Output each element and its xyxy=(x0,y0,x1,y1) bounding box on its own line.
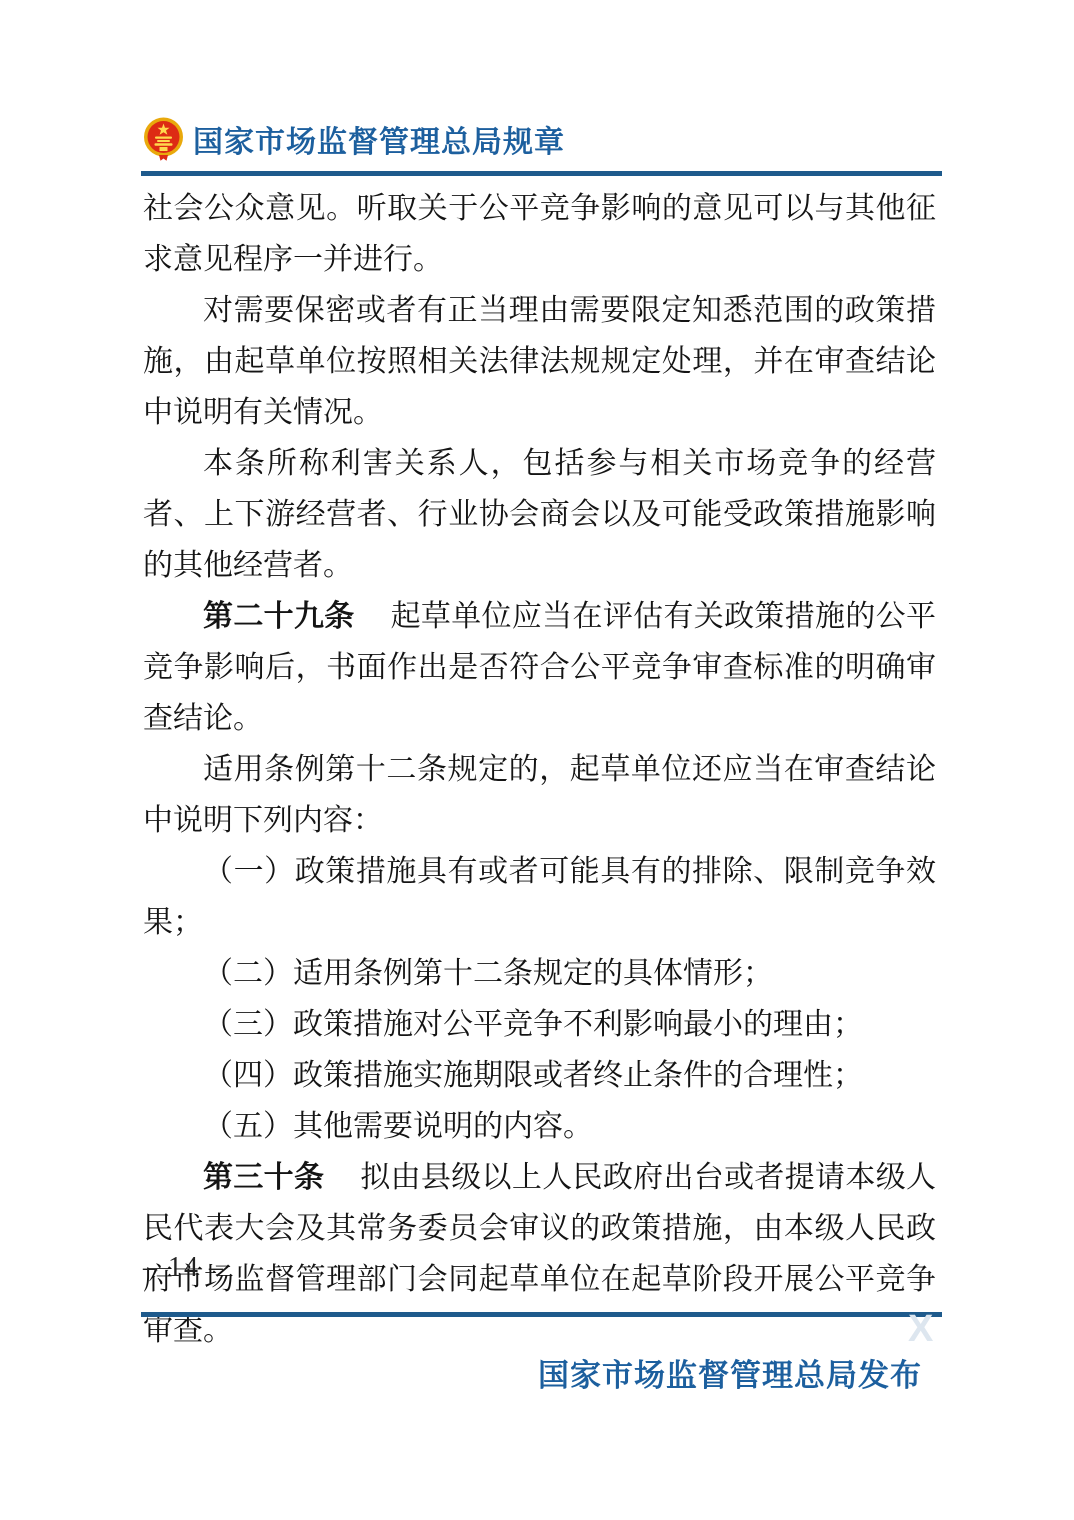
list-item: （三）政策措施对公平竞争不利影响最小的理由； xyxy=(143,999,936,1050)
article-number-label: 第三十条 xyxy=(203,1161,324,1194)
paragraph: 对需要保密或者有正当理由需要限定知悉范围的政策措施，由起草单位按照相关法律法规规… xyxy=(143,285,936,438)
list-item: （四）政策措施实施期限或者终止条件的合理性； xyxy=(143,1050,936,1101)
paragraph: 社会公众意见。听取关于公平竞争影响的意见可以与其他征求意见程序一并进行。 xyxy=(143,183,936,285)
paragraph: 本条所称利害关系人，包括参与相关市场竞争的经营者、上下游经营者、行业协会商会以及… xyxy=(143,438,936,591)
list-item: （一）政策措施具有或者可能具有的排除、限制竞争效果； xyxy=(143,846,936,948)
paragraph-article-29: 第二十九条起草单位应当在评估有关政策措施的公平竞争影响后，书面作出是否符合公平竞… xyxy=(143,591,936,744)
document-page: 国家市场监督管理总局规章 社会公众意见。听取关于公平竞争影响的意见可以与其他征求… xyxy=(0,0,1074,1520)
page-number: – 14 – xyxy=(143,1252,225,1284)
paragraph: 适用条例第十二条规定的，起草单位还应当在审查结论中说明下列内容： xyxy=(143,744,936,846)
paragraph-article-30: 第三十条拟由县级以上人民政府出台或者提请本级人民代表大会及其常务委员会审议的政策… xyxy=(143,1152,936,1356)
footer-publisher: 国家市场监督管理总局发布 xyxy=(538,1350,922,1395)
header-bar: 国家市场监督管理总局规章 xyxy=(143,116,565,161)
footer-rule xyxy=(141,1312,942,1317)
document-body: 社会公众意见。听取关于公平竞争影响的意见可以与其他征求意见程序一并进行。 对需要… xyxy=(143,183,936,1356)
header-rule xyxy=(141,171,942,176)
header-title: 国家市场监督管理总局规章 xyxy=(193,117,565,161)
list-item: （二）适用条例第十二条规定的具体情形； xyxy=(143,948,936,999)
article-number-label: 第二十九条 xyxy=(203,600,355,633)
x-watermark: X xyxy=(908,1308,933,1351)
list-item: （五）其他需要说明的内容。 xyxy=(143,1101,936,1152)
national-emblem-icon xyxy=(143,116,184,161)
